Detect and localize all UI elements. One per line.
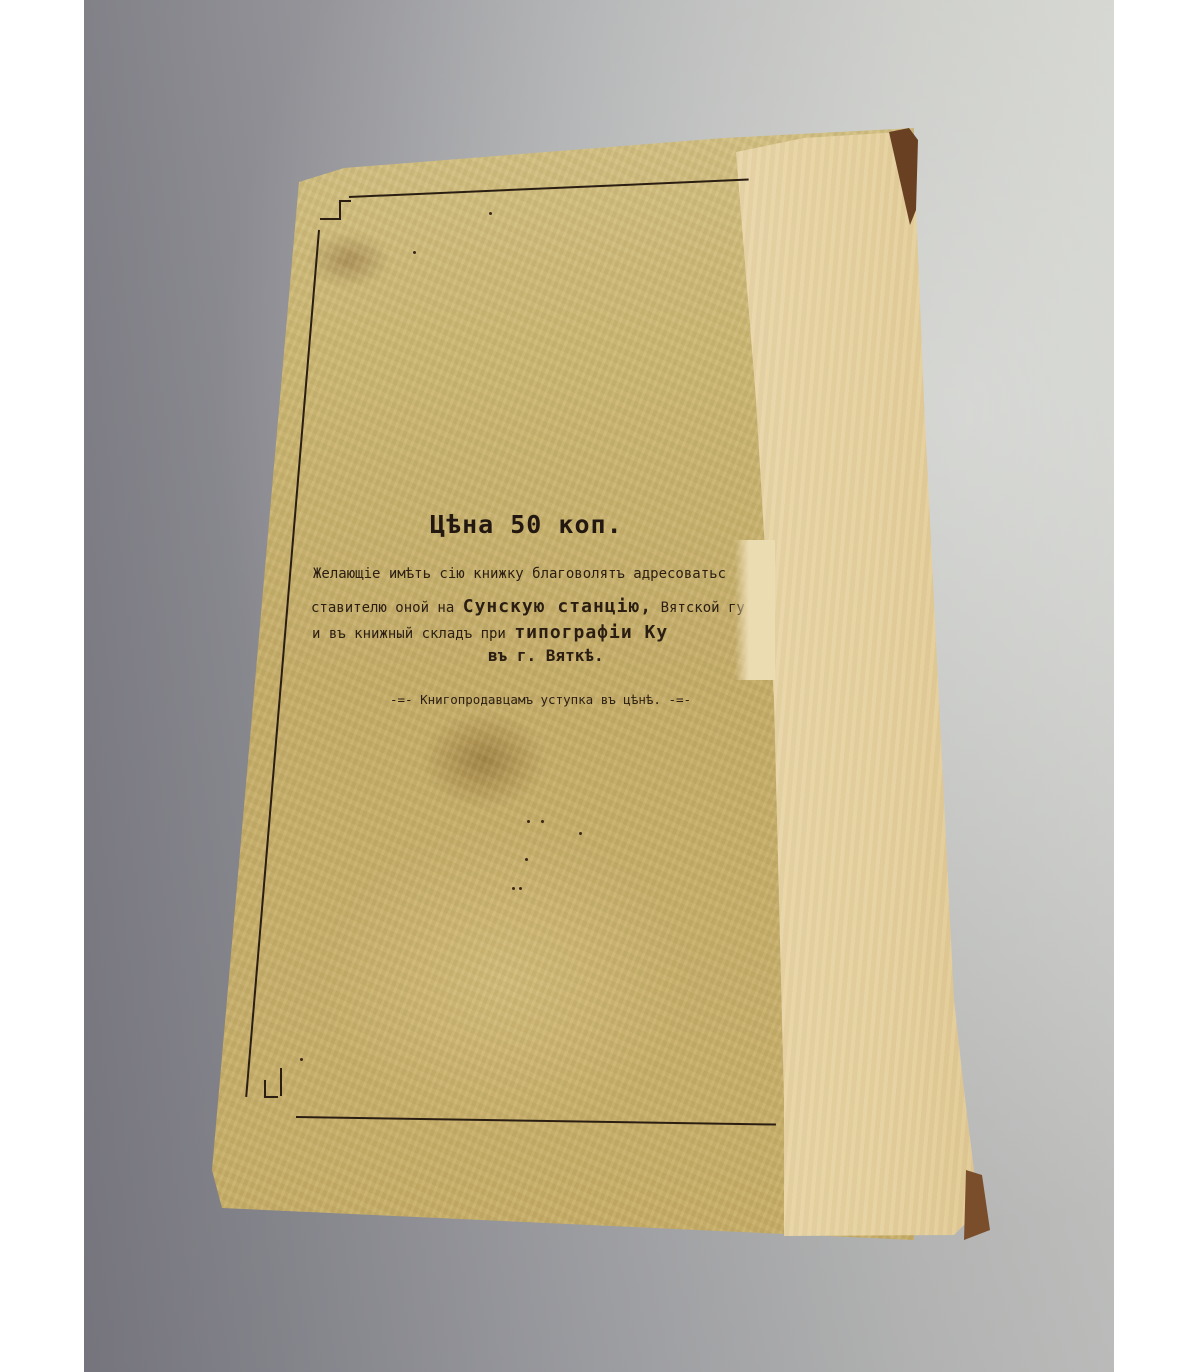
frame-corner-bl-c bbox=[280, 1068, 282, 1096]
stain-dot bbox=[489, 212, 492, 215]
bookseller-note: -=- Книгопродавцамъ уступка въ цѣнѣ. -=- bbox=[390, 692, 691, 707]
flap-overlap bbox=[735, 540, 775, 680]
book bbox=[84, 0, 1114, 1372]
text-line-2c: Вятской гу bbox=[661, 600, 745, 616]
frame-corner-tl-c bbox=[320, 218, 341, 220]
frame-corner-tl-b bbox=[339, 200, 341, 218]
frame-corner-bl-b bbox=[264, 1096, 278, 1098]
text-line-2a: ставителю оной на bbox=[311, 600, 454, 616]
stain-dot bbox=[541, 820, 544, 823]
ornament-left-icon: -=- bbox=[390, 692, 413, 707]
stain-dot bbox=[512, 887, 515, 890]
text-line-3: и въ книжный складъ при типографіи Ку bbox=[312, 622, 668, 643]
text-line-2b: Сунскую станцію, bbox=[463, 596, 652, 617]
photo-background bbox=[84, 0, 1114, 1372]
stain-dot bbox=[413, 251, 416, 254]
stain-dot bbox=[527, 820, 530, 823]
stain-dot bbox=[525, 858, 528, 861]
text-line-3b: типографіи Ку bbox=[514, 622, 668, 643]
text-line-2: ставителю оной на Сунскую станцію, Вятск… bbox=[311, 596, 745, 617]
text-line-1: Желающіе имѣть сію книжку благоволятъ ад… bbox=[313, 566, 726, 582]
bookseller-note-text: Книгопродавцамъ уступка въ цѣнѣ. bbox=[420, 692, 661, 707]
stain-dot bbox=[300, 1058, 303, 1061]
text-line-4: въ г. Вяткѣ. bbox=[488, 646, 604, 665]
frame-corner-bl-a bbox=[264, 1080, 266, 1096]
text-line-3a: и въ книжный складъ при bbox=[312, 626, 506, 642]
ornament-right-icon: -=- bbox=[668, 692, 691, 707]
price-heading: Цѣна 50 коп. bbox=[430, 510, 623, 539]
stain-dot bbox=[519, 887, 522, 890]
stain-dot bbox=[579, 832, 582, 835]
